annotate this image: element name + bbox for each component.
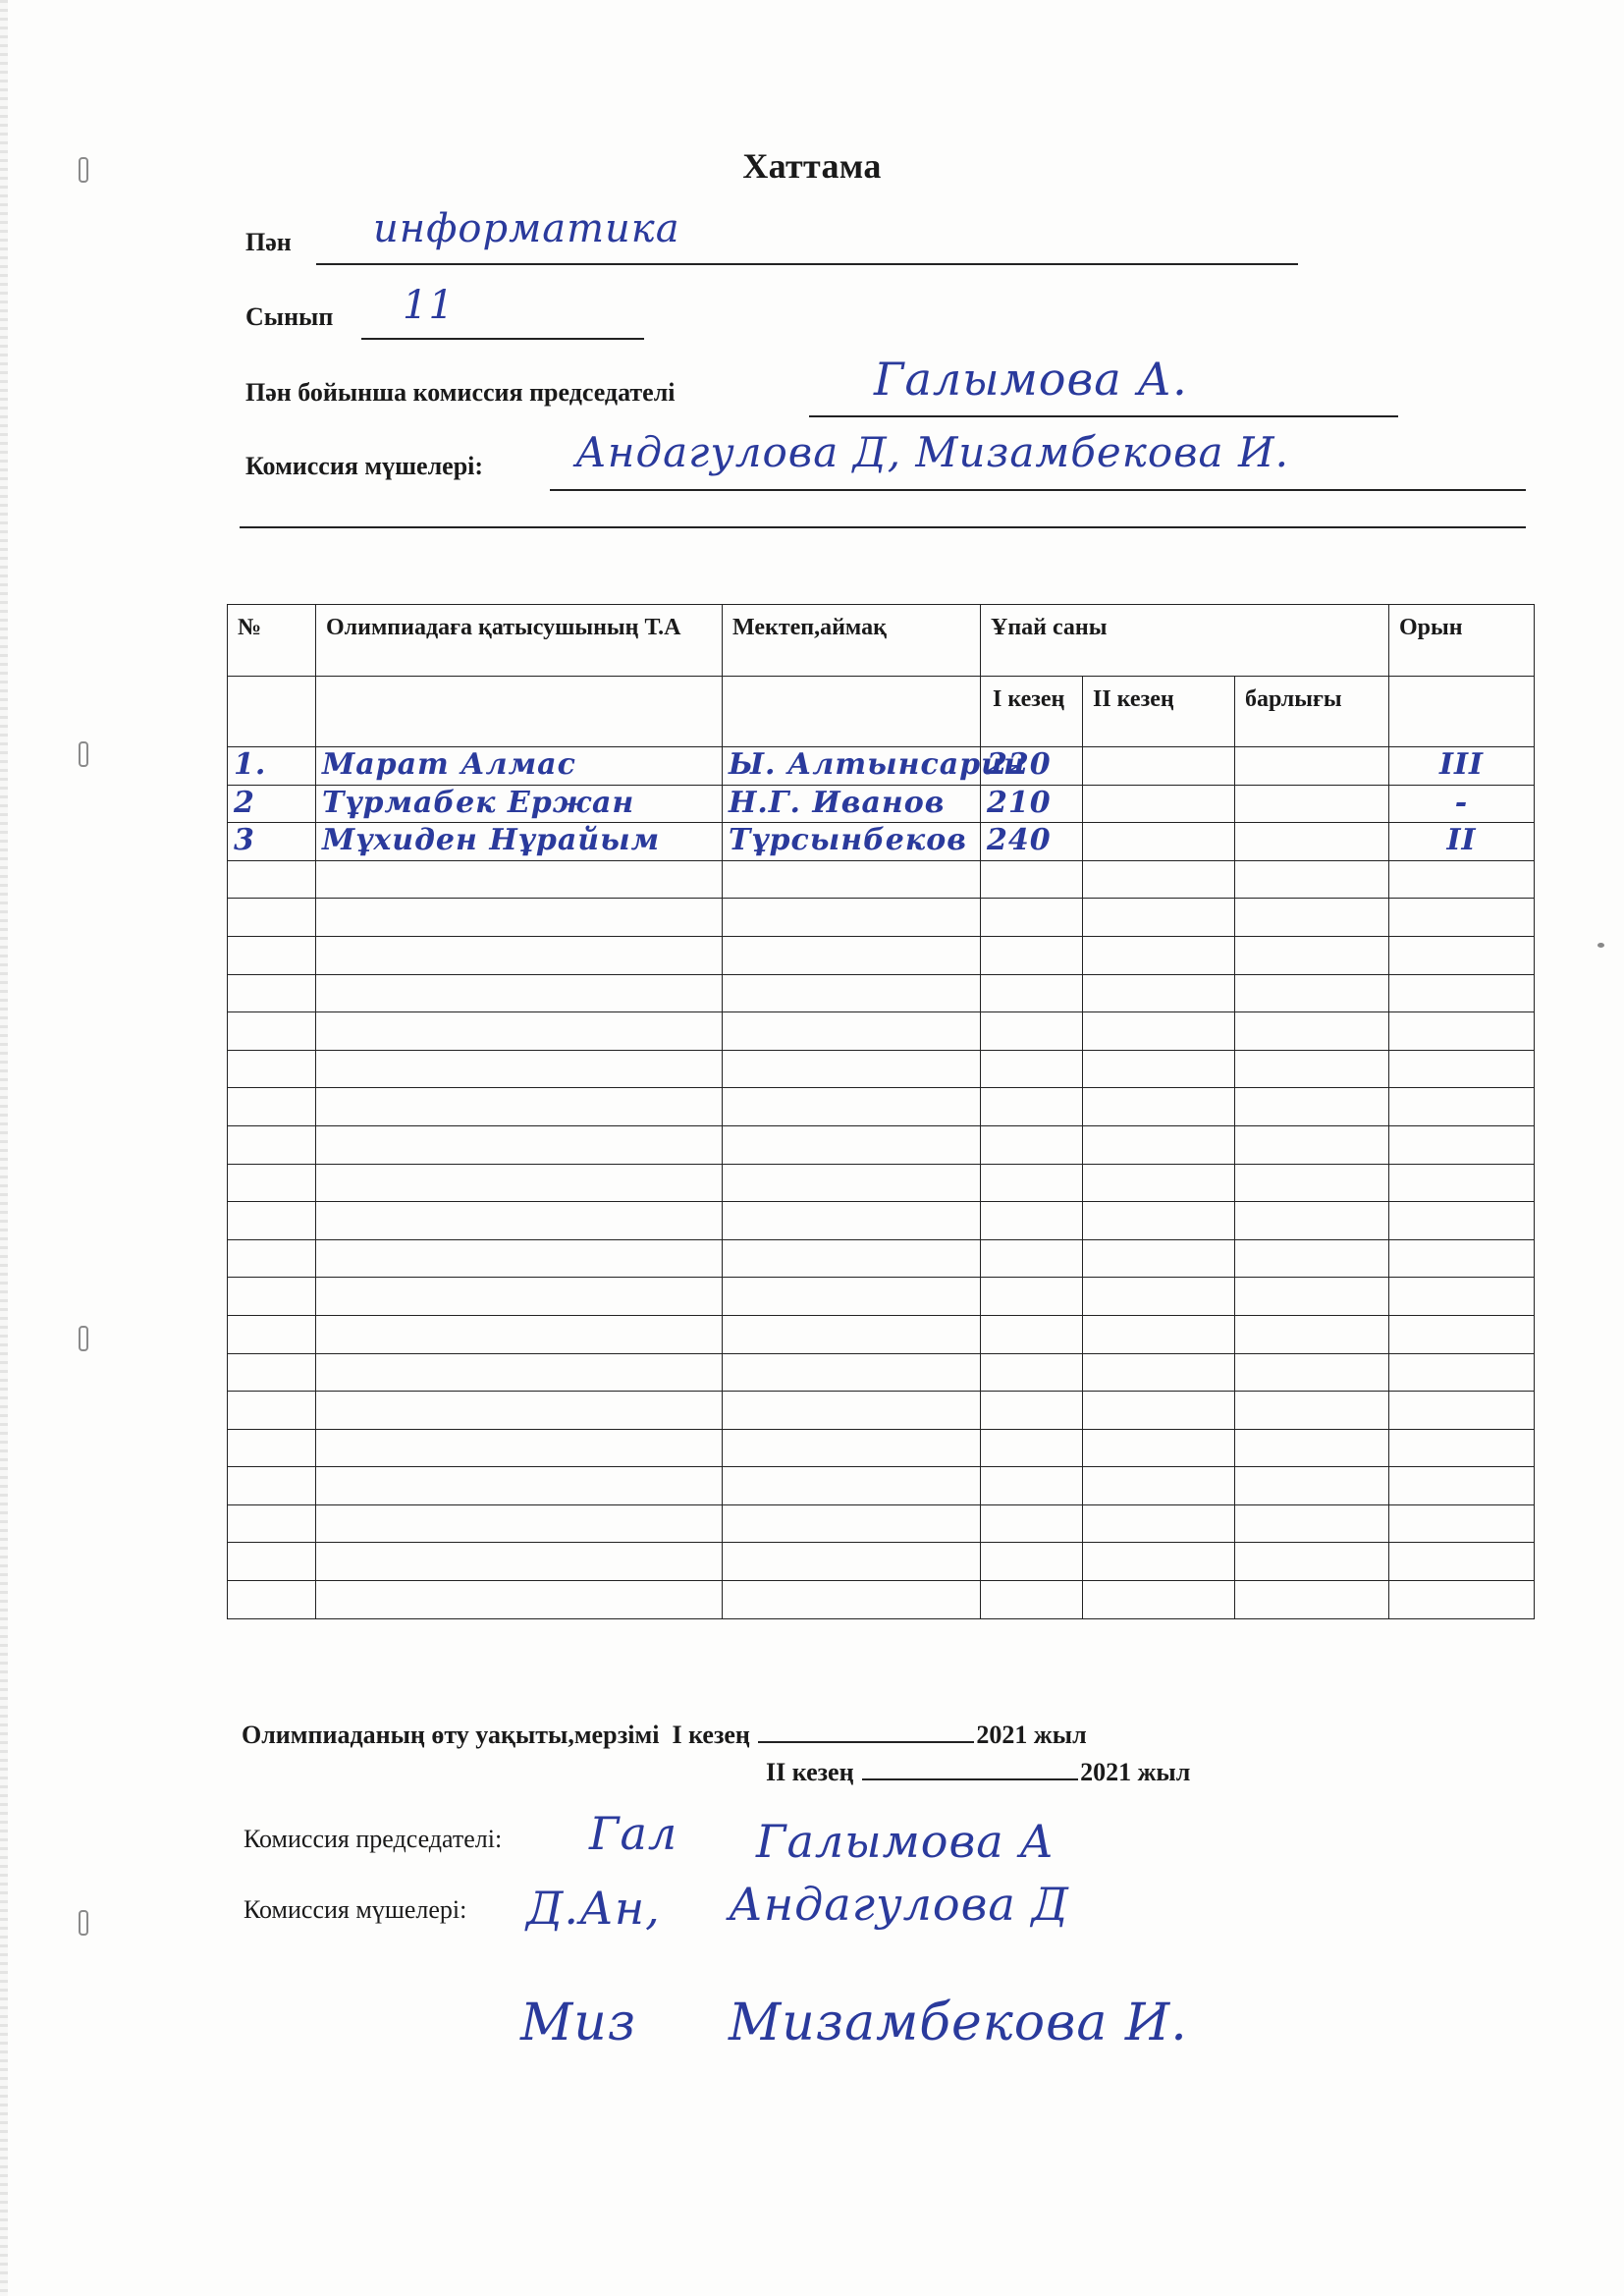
- scan-edge: [0, 0, 8, 2296]
- member1-name: Андагулова Д: [729, 1878, 1069, 1931]
- cell-stage1-empty: [981, 1353, 1083, 1392]
- cell-school: Тұрсынбеков: [723, 823, 981, 861]
- cell-school: Ы. Алтынсарин: [723, 747, 981, 786]
- chair-line: [809, 415, 1398, 417]
- cell-total-empty: [1235, 1467, 1389, 1505]
- members-line: [550, 489, 1526, 491]
- cell-place-empty: [1389, 1392, 1535, 1430]
- cell-place-empty: [1389, 1467, 1535, 1505]
- cell-stage1-empty: [981, 1088, 1083, 1126]
- dates-line-2: II кезең 2021 жыл: [766, 1758, 1190, 1787]
- cell-participant-empty: [316, 1392, 723, 1430]
- cell-stage1-empty: [981, 860, 1083, 899]
- cell-participant-empty: [316, 1125, 723, 1164]
- cell-school-empty: [723, 1429, 981, 1467]
- cell-stage1-empty: [981, 1504, 1083, 1543]
- cell-stage1-empty: [981, 1202, 1083, 1240]
- cell-school-empty: [723, 1164, 981, 1202]
- cell-total-empty: [1235, 1239, 1389, 1278]
- cell-stage2: [1083, 785, 1235, 823]
- stage2-label: II кезең: [766, 1758, 854, 1786]
- cell-total-empty: [1235, 974, 1389, 1012]
- cell-participant-empty: [316, 974, 723, 1012]
- staple-mark: [79, 741, 88, 767]
- table-row: 3Мұхиден НұрайымТұрсынбеков240II: [228, 823, 1535, 861]
- header-stage2: II кезең: [1083, 677, 1235, 747]
- members-field: Комиссия мүшелері: Андагулова Д, Мизамбе…: [245, 452, 483, 481]
- cell-total: [1235, 747, 1389, 786]
- cell-school-empty: [723, 1467, 981, 1505]
- cell-number-empty: [228, 1353, 316, 1392]
- cell-school-empty: [723, 1392, 981, 1430]
- cell-number-empty: [228, 899, 316, 937]
- cell-school-empty: [723, 1239, 981, 1278]
- cell-stage2-empty: [1083, 1239, 1235, 1278]
- cell-school-empty: [723, 1050, 981, 1088]
- subject-field: Пән информатика: [245, 228, 292, 257]
- grade-value: 11: [403, 283, 455, 328]
- cell-stage1-empty: [981, 1392, 1083, 1430]
- table-row-empty: [228, 1239, 1535, 1278]
- cell-participant-empty: [316, 1581, 723, 1619]
- header-stage1: I кезең: [981, 677, 1083, 747]
- cell-place-empty: [1389, 1164, 1535, 1202]
- cell-place-empty: [1389, 1125, 1535, 1164]
- cell-total: [1235, 823, 1389, 861]
- table-row-empty: [228, 1125, 1535, 1164]
- cell-stage1-empty: [981, 1239, 1083, 1278]
- cell-school-empty: [723, 1125, 981, 1164]
- table-row: 1.Марат АлмасЫ. Алтынсарин220III: [228, 747, 1535, 786]
- cell-school-empty: [723, 1278, 981, 1316]
- cell-school-empty: [723, 936, 981, 974]
- cell-place-empty: [1389, 860, 1535, 899]
- cell-total-empty: [1235, 1429, 1389, 1467]
- cell-total-empty: [1235, 1278, 1389, 1316]
- cell-place-empty: [1389, 1315, 1535, 1353]
- cell-total: [1235, 785, 1389, 823]
- document-title: Хаттама: [0, 145, 1624, 187]
- cell-number-empty: [228, 1125, 316, 1164]
- table-row-empty: [228, 1467, 1535, 1505]
- cell-place: II: [1389, 823, 1535, 861]
- stage1-year: 2021 жыл: [976, 1721, 1086, 1749]
- cell-total-empty: [1235, 1012, 1389, 1051]
- cell-stage2-empty: [1083, 1050, 1235, 1088]
- cell-number-empty: [228, 1202, 316, 1240]
- cell-place-empty: [1389, 1581, 1535, 1619]
- cell-participant-empty: [316, 1315, 723, 1353]
- table-header-row: № Олимпиадаға қатысушының Т.А Мектеп,айм…: [228, 605, 1535, 677]
- chair-name: Галымова А: [756, 1815, 1055, 1868]
- subject-label: Пән: [245, 228, 292, 256]
- member2-name: Мизамбекова И.: [729, 1994, 1188, 2052]
- table-row-empty: [228, 1353, 1535, 1392]
- cell-participant-empty: [316, 1278, 723, 1316]
- member1-signature: Д.Ан,: [526, 1882, 661, 1935]
- cell-stage1-empty: [981, 1543, 1083, 1581]
- cell-total-empty: [1235, 899, 1389, 937]
- chair-value: Галымова А.: [874, 353, 1188, 406]
- table-row-empty: [228, 1315, 1535, 1353]
- header-number: №: [228, 605, 316, 677]
- cell-number-empty: [228, 1392, 316, 1430]
- header-place: Орын: [1389, 605, 1535, 677]
- cell-school-empty: [723, 860, 981, 899]
- table-row-empty: [228, 860, 1535, 899]
- cell-stage2-empty: [1083, 1353, 1235, 1392]
- cell-stage1-empty: [981, 899, 1083, 937]
- header-school: Мектеп,аймақ: [723, 605, 981, 677]
- table-row-empty: [228, 1164, 1535, 1202]
- cell-participant-empty: [316, 1467, 723, 1505]
- table-row-empty: [228, 1278, 1535, 1316]
- subject-line: [316, 263, 1298, 265]
- cell-stage1-empty: [981, 1050, 1083, 1088]
- cell-number-empty: [228, 860, 316, 899]
- cell-stage1-empty: [981, 1278, 1083, 1316]
- dates-label: Олимпиаданың өту уақыты,мерзімі: [242, 1721, 659, 1749]
- grade-line: [361, 338, 644, 340]
- cell-participant-empty: [316, 1353, 723, 1392]
- cell-total-empty: [1235, 1581, 1389, 1619]
- cell-stage2-empty: [1083, 1088, 1235, 1126]
- cell-place-empty: [1389, 1353, 1535, 1392]
- cell-school-empty: [723, 1088, 981, 1126]
- subheader-empty: [1389, 677, 1535, 747]
- cell-stage1-empty: [981, 1164, 1083, 1202]
- cell-place-empty: [1389, 1239, 1535, 1278]
- cell-total-empty: [1235, 1543, 1389, 1581]
- cell-stage2-empty: [1083, 1202, 1235, 1240]
- cell-number: 3: [228, 823, 316, 861]
- cell-number-empty: [228, 1239, 316, 1278]
- chair-signature-label: Комиссия председателі:: [244, 1825, 502, 1854]
- cell-number-empty: [228, 1278, 316, 1316]
- staple-mark: [79, 1326, 88, 1351]
- cell-stage2-empty: [1083, 1581, 1235, 1619]
- cell-total-empty: [1235, 936, 1389, 974]
- cell-participant: Тұрмабек Ержан: [316, 785, 723, 823]
- cell-stage2-empty: [1083, 1315, 1235, 1353]
- cell-place-empty: [1389, 1088, 1535, 1126]
- cell-place-empty: [1389, 974, 1535, 1012]
- cell-total-empty: [1235, 1315, 1389, 1353]
- stage1-date-blank: [758, 1741, 974, 1743]
- cell-school-empty: [723, 1543, 981, 1581]
- cell-participant-empty: [316, 860, 723, 899]
- cell-participant-empty: [316, 1543, 723, 1581]
- chair-label: Пән бойынша комиссия председателі: [245, 378, 676, 407]
- cell-total-empty: [1235, 1088, 1389, 1126]
- stage2-year: 2021 жыл: [1080, 1758, 1190, 1786]
- cell-stage2-empty: [1083, 860, 1235, 899]
- cell-place-empty: [1389, 936, 1535, 974]
- cell-participant-empty: [316, 899, 723, 937]
- cell-number-empty: [228, 1164, 316, 1202]
- table-body: 1.Марат АлмасЫ. Алтынсарин220III2Тұрмабе…: [228, 747, 1535, 1619]
- cell-participant-empty: [316, 1050, 723, 1088]
- cell-place-empty: [1389, 1050, 1535, 1088]
- cell-school-empty: [723, 974, 981, 1012]
- cell-stage2-empty: [1083, 1012, 1235, 1051]
- cell-school-empty: [723, 1581, 981, 1619]
- table-row-empty: [228, 1429, 1535, 1467]
- stage2-date-blank: [862, 1778, 1078, 1780]
- cell-school-empty: [723, 1353, 981, 1392]
- cell-school-empty: [723, 1012, 981, 1051]
- cell-stage2: [1083, 823, 1235, 861]
- cell-number-empty: [228, 1467, 316, 1505]
- table-subheader-row: I кезең II кезең барлығы: [228, 677, 1535, 747]
- cell-school-empty: [723, 1504, 981, 1543]
- subheader-empty: [723, 677, 981, 747]
- cell-participant-empty: [316, 1504, 723, 1543]
- cell-total-empty: [1235, 860, 1389, 899]
- cell-participant-empty: [316, 1239, 723, 1278]
- grade-label: Сынып: [245, 302, 333, 331]
- cell-participant-empty: [316, 936, 723, 974]
- cell-total-empty: [1235, 1125, 1389, 1164]
- cell-stage1-empty: [981, 1315, 1083, 1353]
- cell-place-empty: [1389, 1543, 1535, 1581]
- cell-participant-empty: [316, 1202, 723, 1240]
- results-table: № Олимпиадаға қатысушының Т.А Мектеп,айм…: [227, 604, 1535, 1619]
- cell-participant: Мұхиден Нұрайым: [316, 823, 723, 861]
- cell-stage2-empty: [1083, 1392, 1235, 1430]
- header-participant: Олимпиадаға қатысушының Т.А: [316, 605, 723, 677]
- cell-school: Н.Г. Иванов: [723, 785, 981, 823]
- cell-number-empty: [228, 974, 316, 1012]
- members-signature-label: Комиссия мүшелері:: [244, 1895, 466, 1925]
- cell-place-empty: [1389, 1202, 1535, 1240]
- cell-participant-empty: [316, 1088, 723, 1126]
- subheader-empty: [316, 677, 723, 747]
- cell-number-empty: [228, 1050, 316, 1088]
- cell-stage2-empty: [1083, 974, 1235, 1012]
- table-row-empty: [228, 1088, 1535, 1126]
- member2-signature: Миз: [520, 1994, 636, 2052]
- subheader-empty: [228, 677, 316, 747]
- cell-school-empty: [723, 1202, 981, 1240]
- cell-stage1-empty: [981, 974, 1083, 1012]
- cell-number-empty: [228, 1315, 316, 1353]
- header-total: барлығы: [1235, 677, 1389, 747]
- cell-stage1-empty: [981, 1012, 1083, 1051]
- cell-place: -: [1389, 785, 1535, 823]
- cell-stage2-empty: [1083, 1125, 1235, 1164]
- cell-participant-empty: [316, 1164, 723, 1202]
- cell-place-empty: [1389, 1429, 1535, 1467]
- cell-stage2-empty: [1083, 1164, 1235, 1202]
- staple-mark: [79, 1910, 88, 1936]
- cell-stage1-empty: [981, 1467, 1083, 1505]
- members-value: Андагулова Д, Мизамбекова И.: [575, 428, 1289, 476]
- cell-total-empty: [1235, 1353, 1389, 1392]
- cell-total-empty: [1235, 1050, 1389, 1088]
- cell-participant-empty: [316, 1429, 723, 1467]
- cell-school-empty: [723, 1315, 981, 1353]
- scan-speck: [1597, 943, 1604, 948]
- cell-number-empty: [228, 1012, 316, 1051]
- cell-number: 1.: [228, 747, 316, 786]
- cell-total-empty: [1235, 1392, 1389, 1430]
- cell-place-empty: [1389, 1278, 1535, 1316]
- cell-total-empty: [1235, 1164, 1389, 1202]
- header-score: Ұпай саны: [981, 605, 1389, 677]
- table-row-empty: [228, 1581, 1535, 1619]
- grade-field: Сынып 11: [245, 302, 333, 332]
- table-row-empty: [228, 1543, 1535, 1581]
- subject-value: информатика: [373, 206, 680, 251]
- cell-stage2-empty: [1083, 899, 1235, 937]
- cell-place-empty: [1389, 899, 1535, 937]
- cell-stage1-empty: [981, 1429, 1083, 1467]
- chair-field: Пән бойынша комиссия председателі Галымо…: [245, 378, 676, 408]
- cell-number-empty: [228, 1504, 316, 1543]
- cell-stage2-empty: [1083, 1504, 1235, 1543]
- cell-stage1: 210: [981, 785, 1083, 823]
- members-label: Комиссия мүшелері:: [245, 452, 483, 480]
- table-row-empty: [228, 1504, 1535, 1543]
- cell-participant-empty: [316, 1012, 723, 1051]
- cell-stage2-empty: [1083, 1278, 1235, 1316]
- cell-stage1-empty: [981, 1581, 1083, 1619]
- cell-stage2-empty: [1083, 936, 1235, 974]
- cell-place-empty: [1389, 1012, 1535, 1051]
- cell-number-empty: [228, 1088, 316, 1126]
- cell-number-empty: [228, 936, 316, 974]
- table-row-empty: [228, 1392, 1535, 1430]
- table-row-empty: [228, 899, 1535, 937]
- chair-signature: Гал: [589, 1807, 677, 1860]
- cell-stage2-empty: [1083, 1543, 1235, 1581]
- table-row-empty: [228, 1202, 1535, 1240]
- table-row-empty: [228, 936, 1535, 974]
- table-row-empty: [228, 1050, 1535, 1088]
- cell-stage2-empty: [1083, 1467, 1235, 1505]
- cell-stage1-empty: [981, 1125, 1083, 1164]
- cell-stage1: 220: [981, 747, 1083, 786]
- stage1-label: I кезең: [672, 1721, 749, 1749]
- cell-stage1: 240: [981, 823, 1083, 861]
- cell-number-empty: [228, 1543, 316, 1581]
- cell-school-empty: [723, 899, 981, 937]
- cell-number: 2: [228, 785, 316, 823]
- cell-place-empty: [1389, 1504, 1535, 1543]
- cell-total-empty: [1235, 1504, 1389, 1543]
- table-row: 2Тұрмабек ЕржанН.Г. Иванов210-: [228, 785, 1535, 823]
- cell-total-empty: [1235, 1202, 1389, 1240]
- table-row-empty: [228, 974, 1535, 1012]
- dates-line-1: Олимпиаданың өту уақыты,мерзімі I кезең …: [242, 1721, 1087, 1750]
- cell-participant: Марат Алмас: [316, 747, 723, 786]
- cell-stage2: [1083, 747, 1235, 786]
- cell-number-empty: [228, 1429, 316, 1467]
- cell-stage2-empty: [1083, 1429, 1235, 1467]
- cell-place: III: [1389, 747, 1535, 786]
- members-continuation-line: [240, 526, 1526, 528]
- cell-number-empty: [228, 1581, 316, 1619]
- table-row-empty: [228, 1012, 1535, 1051]
- cell-stage1-empty: [981, 936, 1083, 974]
